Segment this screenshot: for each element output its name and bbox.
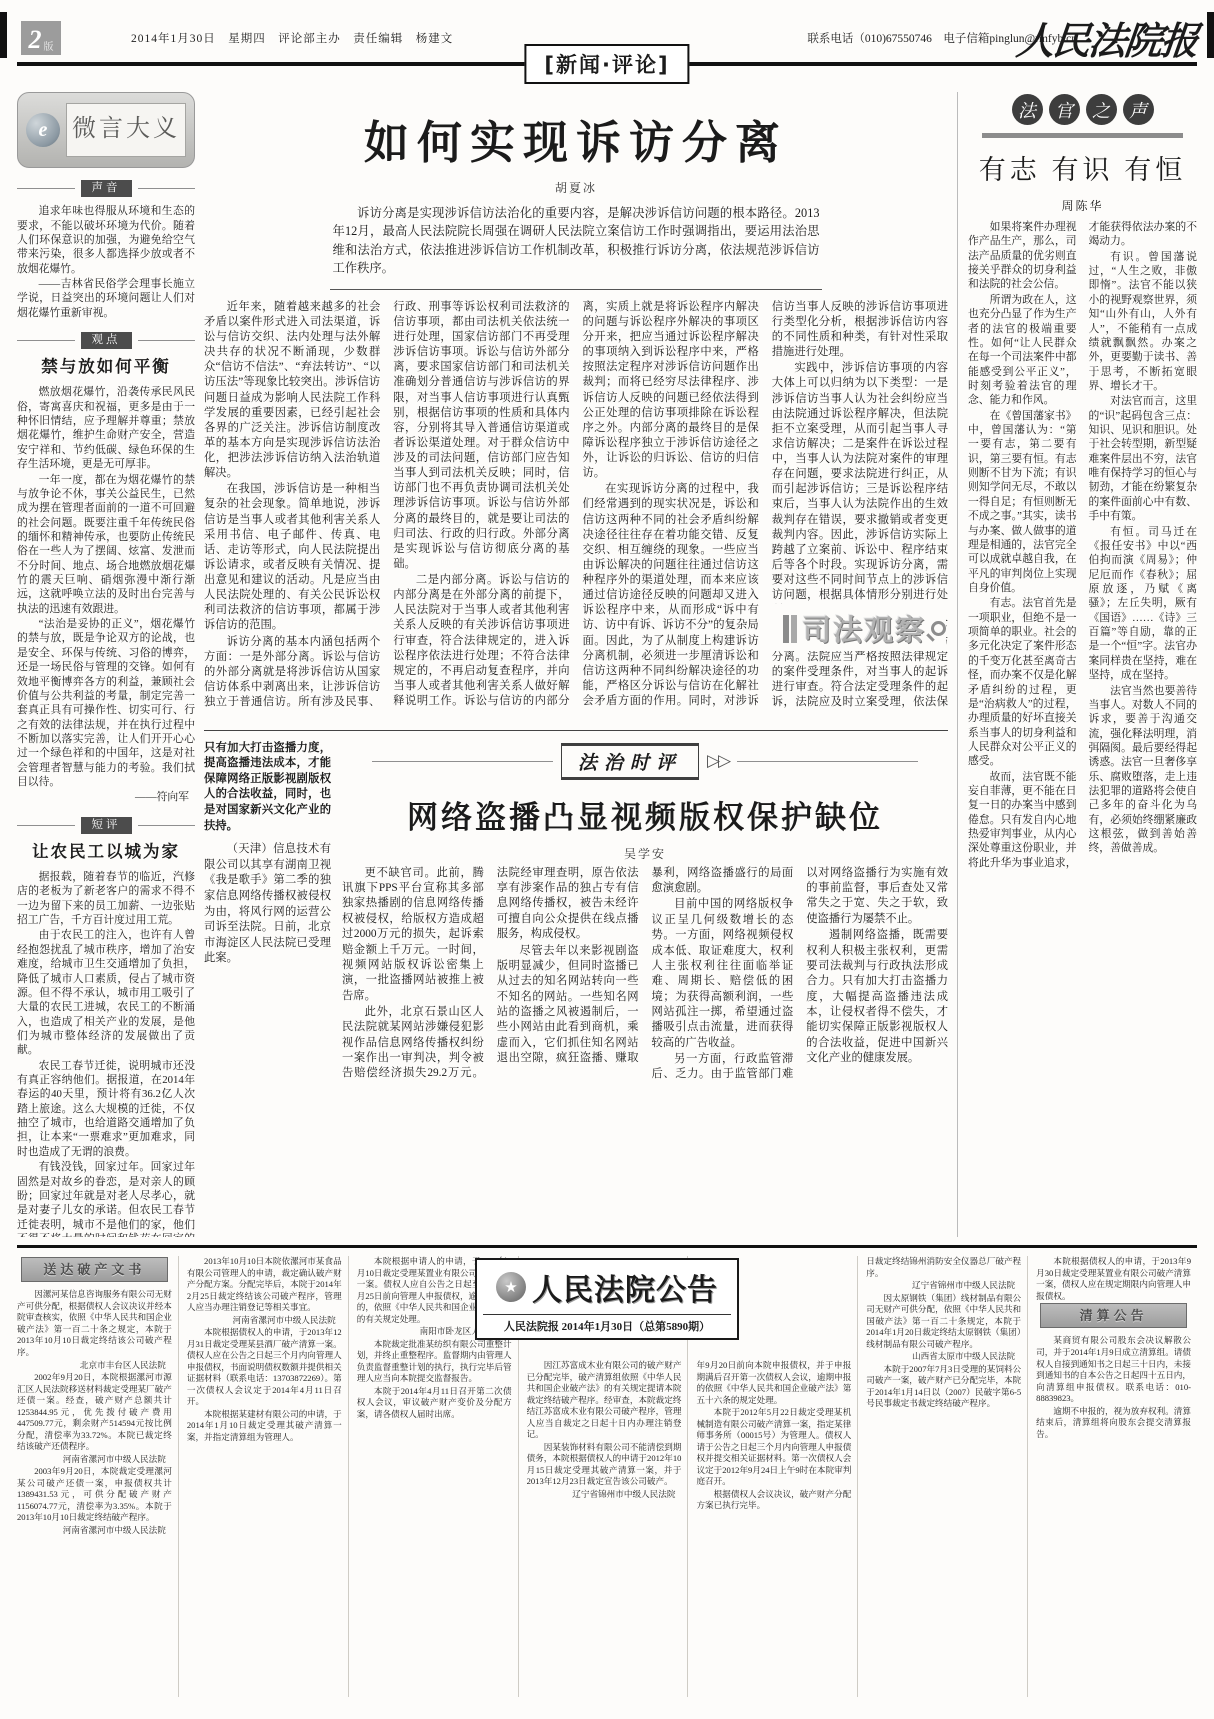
announcement-column-1: 送达破产文书因漯河某信息咨询服务有限公司无财产可供分配，根据债权人会议决议并经本…: [17, 1256, 179, 1697]
comment-badge: 短评: [81, 817, 132, 834]
section-title-box: [新闻·评论]: [524, 44, 689, 84]
commentary-main: 法治时评 ▷▷ 网络盗播凸显视频版权保护缺位 吴学安 更不缺官司。此前，腾讯旗下…: [342, 741, 948, 1180]
commentary-byline: 吴学安: [342, 845, 948, 862]
paragraph: 本院裁定批准某纺织有限公司重整计划，并终止重整程序。监督期内由管理人负责监督重整…: [357, 1339, 512, 1385]
paragraph: 追求年味也得服从环境和生态的要求，不能以破坏环境为代价。随着人们环保意识的加强，…: [17, 204, 195, 276]
paragraph: 山西省太原市中级人民法院: [866, 1351, 1021, 1363]
bar-decoration: [783, 615, 789, 643]
main-byline: 胡夏冰: [204, 179, 948, 196]
paragraph: 本院于2007年7月3日受理的某饲料公司破产一案，破产财产已分配完毕，本院于20…: [866, 1364, 1021, 1410]
edition-label: 版: [44, 38, 54, 53]
paragraph: 农民工春节迁徙，说明城市还没有真正容纳他们。据报道，在2014年春运的40天里，…: [17, 1059, 195, 1160]
commentary-lede-column: 只有加大打击盗播力度，提高盗播违法成本，才能保障网络正版影视剧版权人的合法收益，…: [204, 741, 331, 1180]
voice-section: 追求年味也得服从环境和生态的要求，不能以破坏环境为代价。随着人们环保意识的加强，…: [17, 204, 195, 320]
announcement-header-box: 送达破产文书: [21, 1257, 168, 1282]
paragraph: 某商贸有限公司股东会决议解散公司，并于2014年1月9日成立清算组。请债权人自接…: [1036, 1335, 1191, 1404]
viewpoint-badge-row: 观点: [17, 332, 195, 349]
paragraph: 河南省漯河市中级人民法院: [187, 1315, 342, 1327]
bar-decoration: [791, 615, 797, 643]
paragraph: 年9月20日前向本院申报债权，并于申报期满后召开第一次债权人会议，逾期申报的依照…: [696, 1360, 851, 1406]
comment-title: 让农民工以城为家: [17, 841, 195, 863]
gazette-title: 人民法院公告: [532, 1265, 718, 1309]
paragraph: 在《曾国藩家书》中，曾国藩认为：“第一要有志，第二要有识，第三要有恒。有志则断不…: [968, 409, 1077, 596]
magnifier-icon: [931, 621, 946, 636]
commentary-body: 更不缺官司。此前，腾讯旗下PPS平台宣称其多部独家热播剧的信息网络传播权被侵权，…: [342, 866, 948, 1172]
announcement-column-2: 2013年10月10日本院依漯河市某食品有限公司管理人的申请，裁定确认破产财产分…: [187, 1256, 349, 1697]
announcement-header-box: 清算公告: [1040, 1303, 1187, 1328]
judge-voice-byline: 周陈华: [968, 197, 1197, 214]
left-column: e 微言大义 声音 追求年味也得服从环境和生态的要求，不能以破坏环境为代价。随着…: [17, 92, 195, 1237]
voice-badge: 声音: [81, 180, 132, 197]
paragraph: “法治是妥协的正义”，烟花爆竹的禁与放，既是争论双方的论战，也是安全、环保与传统…: [17, 617, 195, 789]
double-triangle-icon: ▷▷: [707, 751, 729, 771]
paragraph: （天津）信息技术有限公司以其享有湖南卫视《我是歌手》第二季的独家信息网络传播权被…: [204, 842, 331, 967]
paragraph: 遏制网络盗播，既需要权利人积极主张权利，更需要司法裁判与行政执法形成合力。只有加…: [806, 928, 948, 1066]
paragraph: 2013年10月10日本院依漯河市某食品有限公司管理人的申请，裁定确认破产财产分…: [187, 1256, 342, 1314]
paragraph: 本院根据债权人的申请，于2013年9月30日裁定受理某置业有限公司破产清算一案，…: [1036, 1256, 1191, 1302]
commentary-section: 只有加大打击盗播力度，提高盗播违法成本，才能保障网络正版影视剧版权人的合法收益，…: [204, 730, 948, 1180]
viewpoint-section: 燃放烟花爆竹，沿袭传承民风民俗，寄寓喜庆和祝福，更多是由于一种怀旧情结，应予理解…: [17, 385, 195, 804]
paragraph: 据报载，随着春节的临近，汽修店的老板为了新老客户的需求不得不一边为留下来的员工加…: [17, 870, 195, 927]
paragraph: 本院于2014年4月11日召开第二次债权人会议，审议破产财产变价及分配方案，请各…: [357, 1386, 512, 1421]
judicial-observer-label: 司法观察: [802, 608, 926, 649]
badge-circle: 官: [1049, 94, 1080, 125]
judge-voice-column: 法官之声 有志 有识 有恒 周陈华 如果将案件办理视作产品生产，那么，司法产品质…: [957, 92, 1197, 1237]
paragraph: 对法官而言，这里的“识”起码包含三点：知识、见识和胆识。处于社会转型期，新型疑难…: [1089, 394, 1198, 523]
paragraph: 如果将案件办理视作产品生产，那么，司法产品质量的优劣则直接关乎群众的切身利益和法…: [968, 220, 1077, 292]
gazette-caption: 人民法院报 2014年1月30日（总第5890期）: [483, 1314, 731, 1335]
commentary-lede: 只有加大打击盗播力度，提高盗播违法成本，才能保障网络正版影视剧版权人的合法收益，…: [204, 741, 331, 834]
judge-voice-headline: 有志 有识 有恒: [968, 148, 1197, 187]
paragraph: 辽宁省锦州市中级人民法院: [527, 1489, 682, 1501]
masthead: 人民法院报: [1014, 10, 1200, 65]
paragraph: 有钱没钱，回家过年。回家过年固然是对故乡的眷恋，是对亲人的顾盼；回家过年就是对老…: [17, 1160, 195, 1237]
paragraph: 有志。法官首先是一项职业，但绝不是一项简单的职业。社会的多元化决定了案件形态的千…: [968, 596, 1077, 768]
paragraph: 有恒。司马迁在《报任安书》中以“西伯拘而演《周易》；仲尼厄而作《春秋》；屈原放逐…: [1089, 525, 1198, 683]
paragraph: 法官当然也要善待当事人。对数人不同的诉求，要善于沟通交流，强化释法明理，消弭隔阂…: [1089, 684, 1198, 856]
page-number-box: 2 版: [21, 21, 61, 55]
paragraph: ——吉林省民俗学会理事长施立学说，日益突出的环境问题让人们对烟花爆竹重新审视。: [17, 277, 195, 320]
paragraph: 本院根据某建材有限公司的申请，于2014年1月10日裁定受理其破产清算一案，并指…: [187, 1409, 342, 1444]
paragraph: 逾期不申报的，视为放弃权利。清算结束后，清算组将向股东会提交清算报告。: [1036, 1406, 1191, 1441]
paragraph: 目前中国的网络版权争议正呈几何级数增长的态势。一方面，网络视频侵权成本低、取证难…: [652, 897, 794, 1051]
newspaper-page: 2 版 2014年1月30日 星期四 评论部主办 责任编辑 杨建文 联系电话（0…: [0, 0, 1214, 1719]
paragraph: 2002年9月20日，本院根据漯河市源汇区人民法院移送材料裁定受理某厂破产还债一…: [17, 1372, 172, 1453]
paragraph: 根据债权人会议决议，破产财产分配方案已执行完毕。: [696, 1489, 851, 1512]
national-emblem-icon: ★: [496, 1272, 526, 1302]
paragraph: 因漯河某信息咨询服务有限公司无财产可供分配，根据债权人会议决议并经本院审查核实，…: [17, 1289, 172, 1358]
paragraph: 实践中，涉诉信访事项的内容大体上可以归纳为以下类型：一是涉诉信访当事人认为社会纠…: [772, 361, 948, 618]
edge-bar-left: [0, 12, 7, 58]
badge-circle: 法: [1012, 94, 1043, 125]
edge-bar-right: [1207, 12, 1214, 58]
judge-voice-body: 如果将案件办理视作产品生产，那么，司法产品质量的优劣则直接关乎群众的切身利益和法…: [968, 220, 1197, 1172]
page-number: 2: [29, 27, 42, 53]
badge-circle: 声: [1123, 94, 1154, 125]
weiyan-dayi-logo: e 微言大义: [17, 92, 195, 168]
viewpoint-title: 禁与放如何平衡: [17, 356, 195, 378]
comment-badge-row: 短评: [17, 817, 195, 834]
paragraph: 北京市丰台区人民法院: [17, 1360, 172, 1372]
paragraph: 日裁定终结锦州消防安全仪器总厂破产程序。: [866, 1256, 1021, 1279]
commentary-badge-row: 法治时评 ▷▷: [372, 743, 918, 780]
judge-voice-badge: 法官之声: [968, 94, 1197, 125]
announcement-column-6: 日裁定终结锦州消防安全仪器总厂破产程序。辽宁省锦州市中级人民法院因太原钢铁（集团…: [866, 1256, 1028, 1697]
content-row: e 微言大义 声音 追求年味也得服从环境和生态的要求，不能以破坏环境为代价。随着…: [17, 92, 1197, 1237]
announcement-column-7: 本院根据债权人的申请，于2013年9月30日裁定受理某置业有限公司破产清算一案，…: [1036, 1256, 1197, 1697]
court-gazette-box: ★ 人民法院公告 人民法院报 2014年1月30日（总第5890期）: [475, 1258, 739, 1340]
badge-underline: [982, 133, 1183, 138]
main-article: 如何实现诉访分离 胡夏冰 诉访分离是实现涉诉信访法治化的重要内容，是解决涉诉信访…: [204, 92, 948, 720]
paragraph: 由于农民工的注入，也许有人曾经抱怨扰乱了城市秩序，增加了治安难度，给城市卫生交通…: [17, 928, 195, 1057]
commentary-badge: 法治时评: [561, 743, 699, 780]
viewpoint-badge: 观点: [81, 332, 132, 349]
middle-column: 如何实现诉访分离 胡夏冰 诉访分离是实现涉诉信访法治化的重要内容，是解决涉诉信访…: [204, 92, 948, 1237]
paragraph: 河南省漯河市中级人民法院: [17, 1454, 172, 1466]
paragraph: 更不缺官司。此前，腾讯旗下PPS平台宣称其多部独家热播剧的信息网络传播权被侵权，…: [342, 866, 484, 1004]
paragraph: 因某装饰材料有限公司不能清偿到期债务，本院根据债权人的申请于2012年10月15…: [527, 1442, 682, 1488]
commentary-headline: 网络盗播凸显视频版权保护缺位: [342, 792, 948, 837]
globe-icon: e: [26, 113, 60, 147]
paragraph: ——符向军: [17, 790, 195, 804]
commentary-lede-body: （天津）信息技术有限公司以其享有湖南卫视《我是歌手》第二季的独家信息网络传播权被…: [204, 842, 331, 967]
comment-section: 据报载，随着春节的临近，汽修店的老板为了新老客户的需求不得不一边为留下来的员工加…: [17, 870, 195, 1237]
article-intro: 诉访分离是实现涉诉信访法治化的重要内容，是解决涉诉信访问题的根本路径。2013年…: [330, 200, 821, 290]
paragraph: 在我国，涉诉信访是一种相当复杂的社会现象。简单地说，涉诉信访是当事人或者其他利害…: [204, 482, 380, 633]
paragraph: 河南省漯河市中级人民法院: [17, 1525, 172, 1537]
paragraph: 本院根据债权人的申请，于2013年12月31日裁定受理某县酒厂破产清算一案。债权…: [187, 1327, 342, 1408]
paragraph: 燃放烟花爆竹，沿袭传承民风民俗，寄寓喜庆和祝福，更多是由于一种怀旧情结，应予理解…: [17, 385, 195, 471]
paragraph: 一年一度，都在为烟花爆竹的禁与放争论不休，事关公益民生，已然成为摆在管理者面前的…: [17, 473, 195, 617]
page-header: 2 版 2014年1月30日 星期四 评论部主办 责任编辑 杨建文 联系电话（0…: [17, 14, 1197, 66]
intro-paragraph: 诉访分离是实现涉诉信访法治化的重要内容，是解决涉诉信访问题的根本路径。2013年…: [332, 204, 819, 278]
paragraph: 辽宁省锦州市中级人民法院: [866, 1280, 1021, 1292]
voice-badge-row: 声音: [17, 180, 195, 197]
judicial-observer-logo: 司法观察: [771, 604, 946, 651]
paragraph: 近年来，随着越来越多的社会矛盾以案件形式进入司法渠道，诉讼与信访交织、法内处理与…: [204, 300, 380, 482]
paragraph: 有识。曾国藩说过，“人生之败，非傲即惰”。法官不能以狭小的视野观察世界，须知“山…: [1089, 250, 1198, 394]
paragraph: 2003年9月20日，本院裁定受理漯河某公司破产还债一案，申报债权共计13894…: [17, 1466, 172, 1524]
article-body: 近年来，随着越来越多的社会矛盾以案件形式进入司法渠道，诉讼与信访交织、法内处理与…: [204, 300, 948, 720]
weiyan-dayi-title: 微言大义: [66, 103, 186, 157]
paragraph: 本院于2012年5月22日裁定受理某机械制造有限公司破产清算一案，指定某律师事务…: [696, 1407, 851, 1488]
paragraph: 所谓为政在人，这也充分凸显了作为生产者的法官的极端重要性。如何“让人民群众在每一…: [968, 293, 1077, 408]
main-headline: 如何实现诉访分离: [204, 106, 948, 171]
paragraph: 因太原钢铁（集团）线材制品有限公司无财产可供分配，依照《中华人民共和国破产法》第…: [866, 1293, 1021, 1351]
badge-circle: 之: [1086, 94, 1117, 125]
dateline: 2014年1月30日 星期四 评论部主办 责任编辑 杨建文: [131, 30, 453, 46]
announcements-section: ★ 人民法院公告 人民法院报 2014年1月30日（总第5890期） 送达破产文…: [17, 1245, 1197, 1697]
paragraph: 因江苏富成木业有限公司的破产财产已分配完毕，破产清算组依照《中华人民共和国企业破…: [527, 1360, 682, 1441]
